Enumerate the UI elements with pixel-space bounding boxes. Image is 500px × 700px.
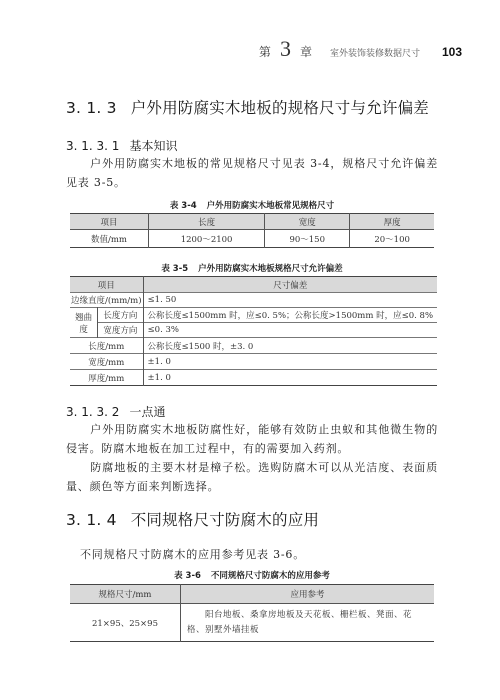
table-row: 厚度/mm ±1. 0 — [70, 370, 437, 386]
subsection-heading-3-1-3-2: 3. 1. 3. 2一点通 — [66, 403, 165, 420]
table-row: 边缘直度/(mm/m) ≤1. 50 — [70, 293, 437, 308]
paragraph-application: 不同规格尺寸防腐木的应用参考见表 3-6。 — [66, 545, 438, 564]
paragraph-tip-1: 户外用防腐实木地板防腐性好，能够有效防止虫蚁和其他微生物的侵害。防腐木地板在加工… — [66, 420, 438, 458]
section-title: 不同规格尺寸防腐木的应用 — [131, 511, 319, 529]
subsection-title: 一点通 — [129, 405, 165, 419]
table-row: 宽度方向 ≤0. 3% — [70, 323, 437, 338]
page-number: 103 — [442, 45, 462, 59]
table-row: 长度/mm 公称长度≤1500 时，±3. 0 — [70, 338, 437, 354]
table-3-5: 项目 尺寸偏差 边缘直度/(mm/m) ≤1. 50 翘曲度 长度方向 公称长度… — [70, 276, 437, 386]
chapter-prefix: 第 — [259, 43, 271, 60]
table-3-6-caption: 表 3-6不同规格尺寸防腐木的应用参考 — [66, 569, 438, 581]
subsection-title: 基本知识 — [129, 139, 177, 153]
table-header-row: 项目 尺寸偏差 — [70, 277, 437, 293]
table-header-row: 规格尺寸/mm 应用参考 — [70, 585, 434, 604]
table-3-4: 项目 长度 宽度 厚度 数值/mm 1200～2100 90～150 20～10… — [70, 213, 434, 248]
table-row: 宽度/mm ±1. 0 — [70, 354, 437, 370]
table-row: 数值/mm 1200～2100 90～150 20～100 — [70, 230, 434, 248]
section-number: 3. 1. 4 — [66, 511, 117, 529]
section-number: 3. 1. 3 — [66, 99, 117, 117]
table-3-4-caption: 表 3-4户外用防腐实木地板常见规格尺寸 — [66, 199, 438, 211]
table-header-row: 项目 长度 宽度 厚度 — [70, 214, 434, 230]
subsection-heading-3-1-3-1: 3. 1. 3. 1基本知识 — [66, 137, 177, 154]
chapter-number: 3 — [280, 38, 291, 60]
table-row: 翘曲度 长度方向 公称长度≤1500mm 时，应≤0. 5%；公称长度>1500… — [70, 308, 437, 323]
chapter-title: 室外装饰装修数据尺寸 — [330, 46, 420, 59]
table-3-5-caption: 表 3-5户外用防腐实木地板规格尺寸允许偏差 — [66, 262, 438, 274]
section-heading-3-1-4: 3. 1. 4不同规格尺寸防腐木的应用 — [66, 508, 319, 530]
running-header: 第3章 室外装饰装修数据尺寸 103 — [259, 38, 462, 60]
subsection-number: 3. 1. 3. 1 — [66, 139, 119, 153]
table-row: 21×95、25×95 阳台地板、桑拿房地板及天花板、栅栏板、凳面、花格、别墅外… — [70, 604, 434, 642]
paragraph-tip-2: 防腐地板的主要木材是樟子松。选购防腐木可以从光洁度、表面质量、颜色等方面来判断选… — [66, 458, 438, 496]
subsection-number: 3. 1. 3. 2 — [66, 405, 119, 419]
section-title: 户外用防腐实木地板的规格尺寸与允许偏差 — [131, 99, 429, 117]
paragraph-basic-knowledge: 户外用防腐实木地板的常见规格尺寸见表 3-4，规格尺寸允许偏差见表 3-5。 — [66, 154, 438, 192]
table-3-6: 规格尺寸/mm 应用参考 21×95、25×95 阳台地板、桑拿房地板及天花板、… — [70, 584, 434, 642]
chapter-suffix: 章 — [300, 43, 312, 60]
section-heading-3-1-3: 3. 1. 3户外用防腐实木地板的规格尺寸与允许偏差 — [66, 96, 429, 118]
